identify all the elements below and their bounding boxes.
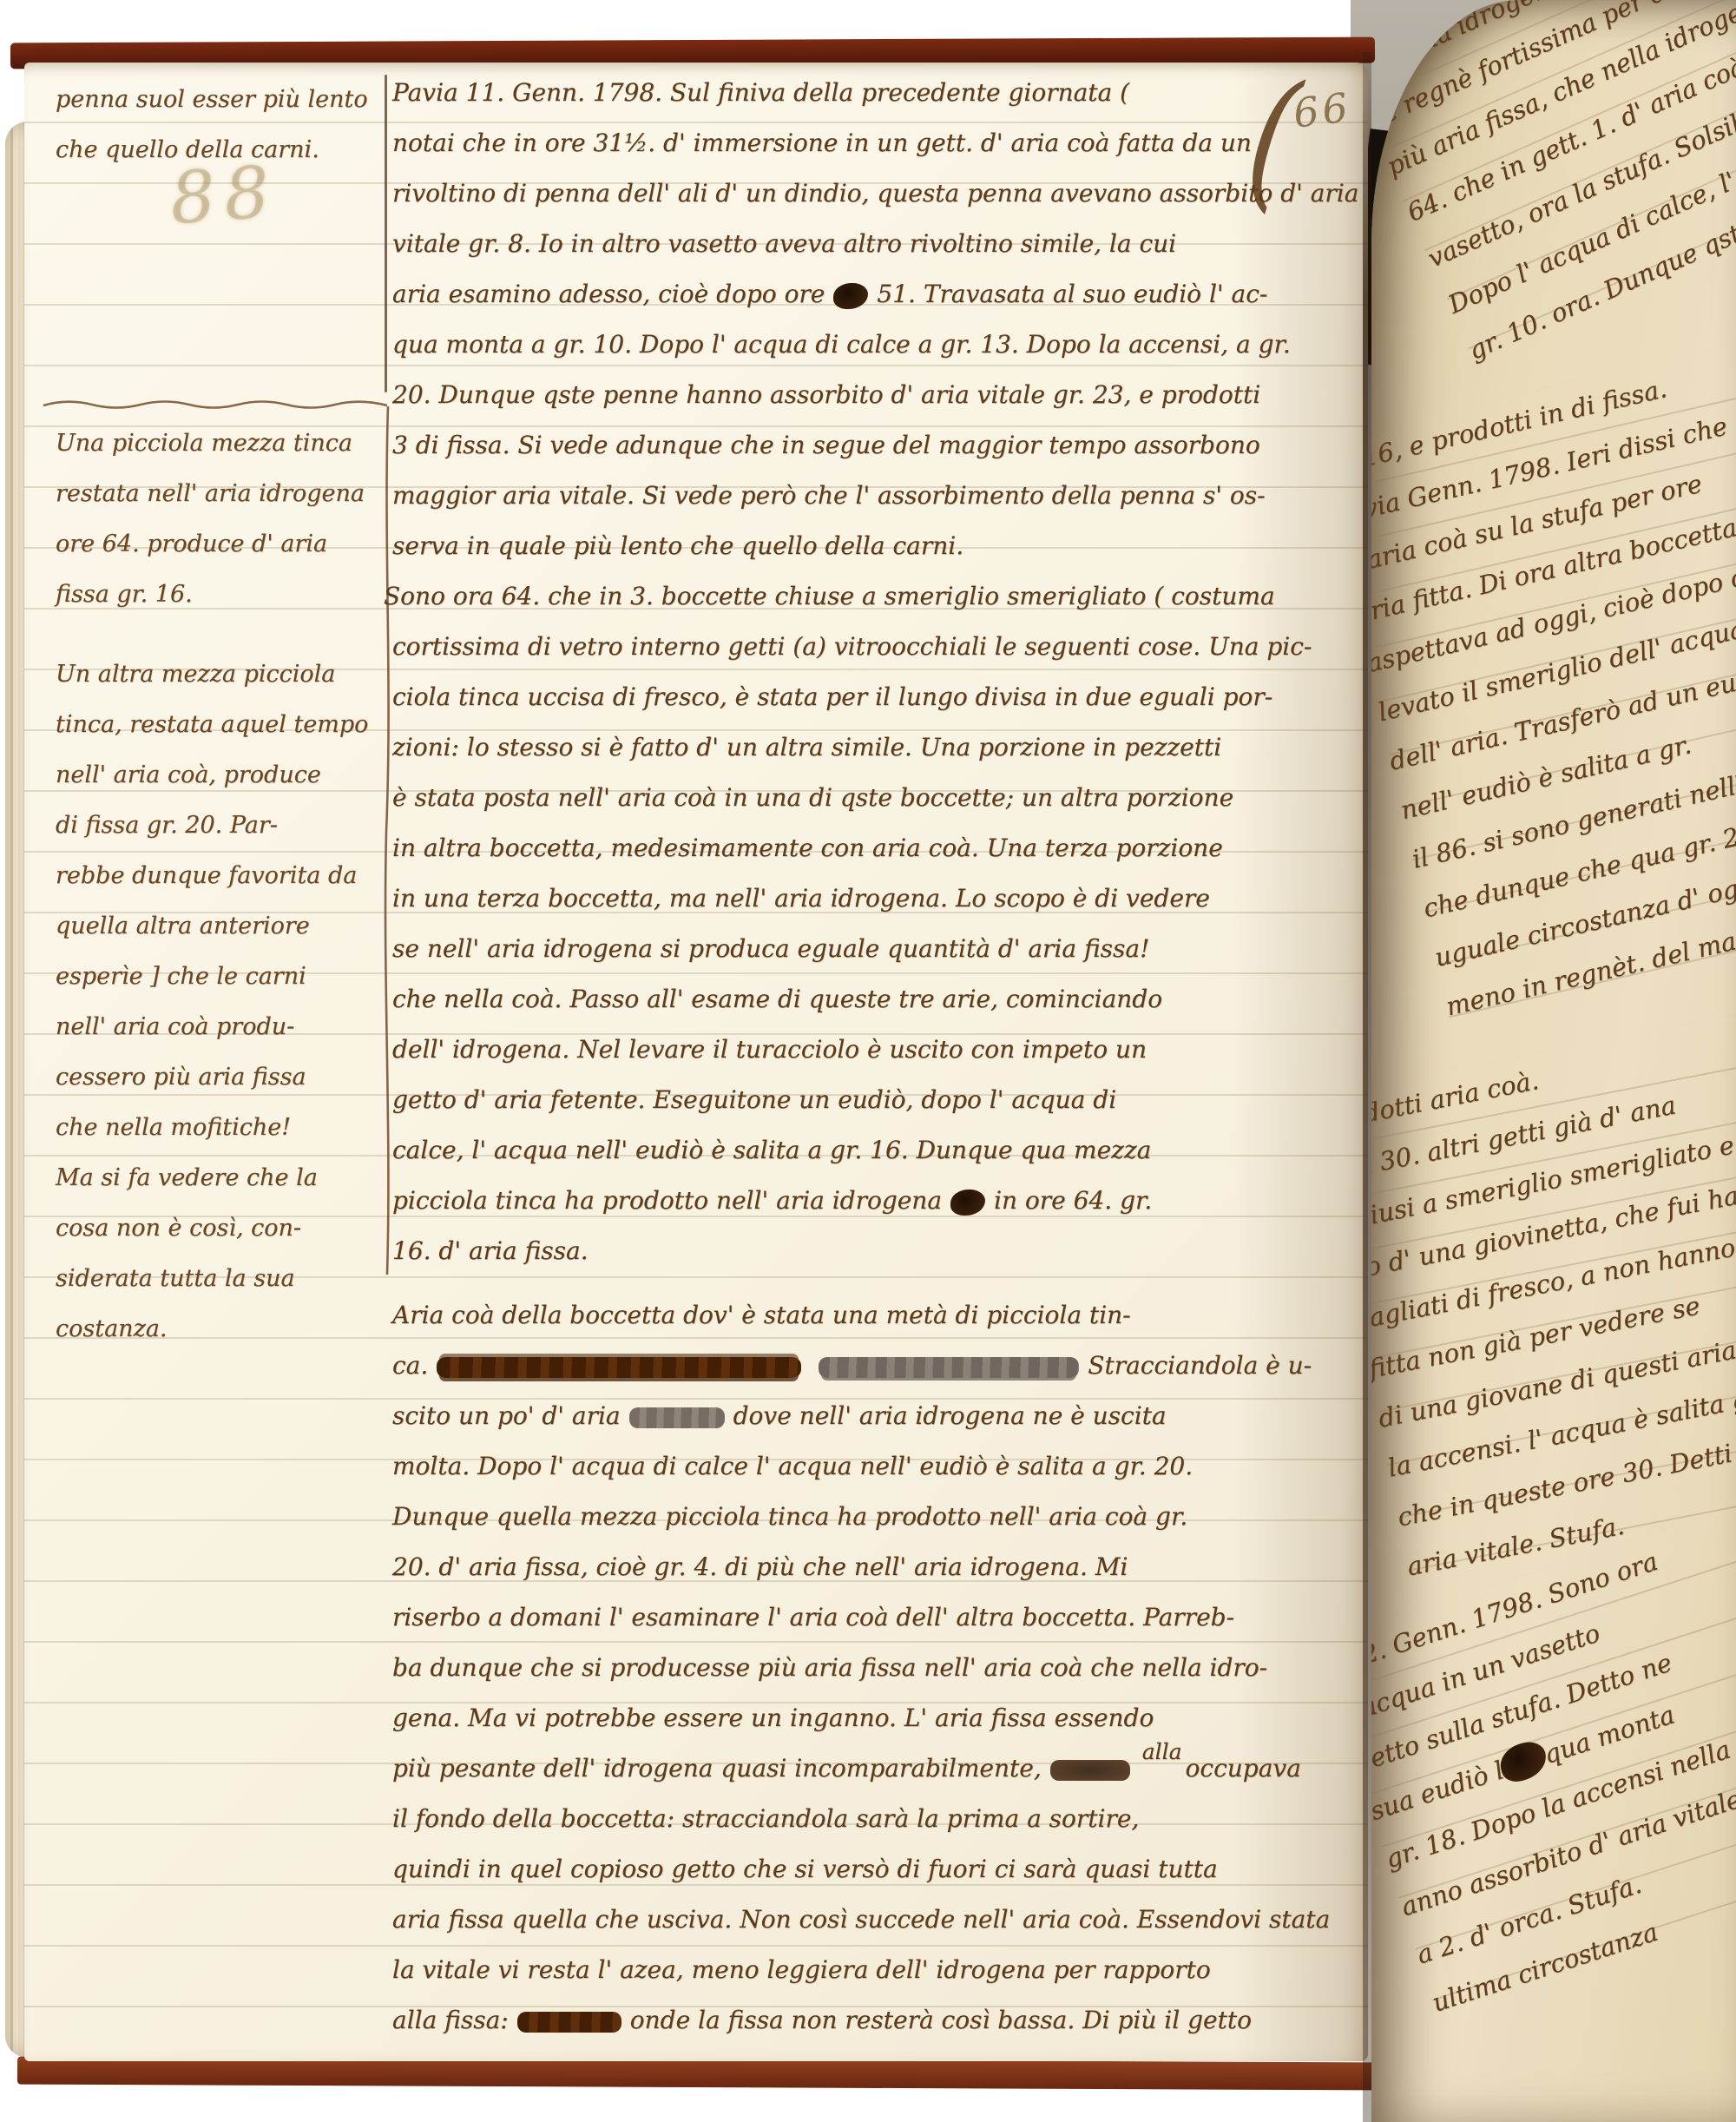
manuscript-line: zioni: lo stesso si è fatto d' un altra … <box>392 722 1356 773</box>
line-text: aria esamino adesso, cioè dopo ore <box>392 280 825 308</box>
manuscript-line: getto d' aria fetente. Eseguitone un eud… <box>392 1075 1356 1125</box>
manuscript-line: rivoltino di penna dell' ali d' un dindi… <box>392 168 1356 219</box>
book-cover-edge-bottom <box>17 2057 1375 2091</box>
main-text-block: Pavia 11. Genn. 1798. Sul finiva della p… <box>392 68 1356 2046</box>
line-text: alla fissa: <box>392 2006 509 2034</box>
manuscript-line: che nella coà. Passo all' esame di quest… <box>392 974 1356 1025</box>
manuscript-line: calce, l' acqua nell' eudiò è salita a g… <box>392 1125 1356 1176</box>
manuscript-line: molta. Dopo l' acqua di calce l' acqua n… <box>392 1441 1356 1492</box>
margin-rule-top <box>385 75 387 392</box>
margin-note-line: quella altra anteriore <box>56 901 384 952</box>
inserted-word: alla <box>1142 1739 1182 1764</box>
manuscript-line: qua monta a gr. 10. Dopo l' acqua di cal… <box>392 320 1356 370</box>
line-text: ca. <box>392 1351 428 1380</box>
manuscript-line: ba dunque che si producesse più aria fis… <box>392 1643 1356 1693</box>
line-text: 51. Travasata al suo eudiò l' ac- <box>877 280 1267 308</box>
margin-note-line: tinca, restata aquel tempo <box>56 700 384 750</box>
manuscript-line: è stata posta nell' aria coà in una di q… <box>392 773 1356 823</box>
margin-note-line: nell' aria coà produ- <box>56 1002 384 1052</box>
margin-note-line: di fissa gr. 20. Par- <box>56 801 384 851</box>
right-page-text-lower: prodotti aria coà. ora 30. altri getti g… <box>1371 966 1736 1590</box>
manuscript-line: scito un po' d' ariadove nell' aria idro… <box>392 1391 1356 1441</box>
gutter-shadow <box>1363 52 1371 2122</box>
margin-note-line: Una picciola mezza tinca <box>56 418 384 469</box>
manuscript-line: Dunque quella mezza picciola tinca ha pr… <box>392 1492 1356 1542</box>
manuscript-line: gena. Ma vi potrebbe essere un inganno. … <box>392 1693 1356 1743</box>
margin-note-paragraph: Un altra mezza picciola tinca, restata a… <box>56 649 384 1354</box>
margin-note-line: che nella mofitiche! <box>56 1103 384 1153</box>
manuscript-line: ca.Stracciandola è u- <box>392 1341 1356 1391</box>
margin-note-line: ore 64. produce d' aria <box>56 519 384 570</box>
margin-note-paragraph: Una picciola mezza tinca restata nell' a… <box>56 418 384 620</box>
manuscript-line: alla fissa:onde la fissa non resterà cos… <box>392 1995 1356 2046</box>
line-text: dove nell' aria idrogena ne è uscita <box>733 1401 1167 1430</box>
margin-note-top: penna suol esser più lento che quello de… <box>56 75 384 175</box>
manuscript-line: aria fissa quella che usciva. Non così s… <box>392 1895 1356 1945</box>
ink-crossout <box>1050 1760 1130 1781</box>
line-text: scito un po' d' aria <box>392 1401 621 1430</box>
manuscript-line: aria esamino adesso, cioè dopo ore51. Tr… <box>392 269 1356 320</box>
manuscript-line: 3 di fissa. Si vede adunque che in segue… <box>392 420 1356 471</box>
line-text: onde la fissa non resterà così bassa. Di… <box>630 2006 1252 2034</box>
ink-crossout <box>629 1407 725 1428</box>
wavy-line <box>43 398 387 412</box>
line-text: picciola tinca ha prodotto nell' aria id… <box>392 1186 942 1215</box>
margin-note-line: penna suol esser più lento <box>56 75 384 125</box>
margin-note-line: che quello della carni. <box>56 125 384 175</box>
manuscript-line: 20. d' aria fissa, cioè gr. 4. di più ch… <box>392 1542 1356 1592</box>
manuscript-line: ciola tinca uccisa di fresco, è stata pe… <box>392 672 1356 722</box>
ink-crossout <box>819 1357 1079 1378</box>
manuscript-line: Aria coà della boccetta dov' è stata una… <box>392 1290 1356 1341</box>
manuscript-line: vitale gr. 8. Io in altro vasetto aveva … <box>392 219 1356 269</box>
line-text: Stracciandola è u- <box>1088 1351 1312 1380</box>
manuscript-line: Pavia 11. Genn. 1798. Sul finiva della p… <box>392 68 1356 118</box>
right-page-text-middle: gr. 16, e prodotti in di fissa. Pavia Ge… <box>1371 289 1736 1031</box>
ink-blot <box>833 283 868 309</box>
margin-note-line: cosa non è così, con- <box>56 1203 384 1254</box>
margin-note-middle: Una picciola mezza tinca restata nell' a… <box>56 418 384 1354</box>
manuscript-line: picciola tinca ha prodotto nell' aria id… <box>392 1176 1356 1226</box>
manuscript-line: riserbo a domani l' esaminare l' aria co… <box>392 1592 1356 1643</box>
manuscript-line: 16. d' aria fissa. <box>392 1226 1356 1276</box>
manuscript-line: in una terza boccetta, ma nell' aria idr… <box>392 873 1356 924</box>
margin-note-line: esperìe ] che le carni <box>56 952 384 1002</box>
margin-note-line: siderata tutta la sua <box>56 1254 384 1304</box>
margin-note-line: Ma si fa vedere che la <box>56 1153 384 1203</box>
manuscript-photo: ani prodottori nell' ana nell' aria idro… <box>0 0 1736 2122</box>
manuscript-line: la vitale vi resta l' azea, meno leggier… <box>392 1945 1356 1995</box>
manuscript-line: Sono ora 64. che in 3. boccette chiuse a… <box>384 571 1356 622</box>
margin-note-line: fissa gr. 16. <box>56 570 384 620</box>
line-text: più pesante dell' idrogena quasi incompa… <box>392 1754 1042 1783</box>
margin-note-line: cessero più aria fissa <box>56 1052 384 1103</box>
manuscript-line: cortissima di vetro interno getti (a) vi… <box>392 622 1356 672</box>
margin-note-line: costanza. <box>56 1304 384 1354</box>
margin-divider-line <box>43 398 387 415</box>
manuscript-line: quindi in quel copioso getto che si vers… <box>392 1844 1356 1895</box>
ink-blot <box>950 1190 985 1216</box>
manuscript-line: dell' idrogena. Nel levare il turacciolo… <box>392 1025 1356 1075</box>
margin-note-line: nell' aria coà, produce <box>56 750 384 801</box>
manuscript-line: 20. Dunque qste penne hanno assorbito d'… <box>392 370 1356 420</box>
line-text: occupava <box>1186 1754 1301 1783</box>
manuscript-line: più pesante dell' idrogena quasi incompa… <box>392 1743 1356 1794</box>
ink-crossout <box>517 2012 621 2033</box>
margin-note-line: restata nell' aria idrogena <box>56 469 384 519</box>
margin-note-line: rebbe dunque favorita da <box>56 851 384 901</box>
right-page: ani prodottori nell' ana nell' aria idro… <box>1371 0 1736 2122</box>
right-page-text-top: ani prodottori nell' ana nell' aria idro… <box>1371 0 1736 373</box>
manuscript-line: serva in quale più lento che quello dell… <box>392 521 1356 571</box>
manuscript-line: se nell' aria idrogena si produca eguale… <box>392 924 1356 974</box>
manuscript-line: il fondo della boccetta: stracciandola s… <box>392 1794 1356 1844</box>
ink-crossout <box>437 1357 801 1378</box>
manuscript-line: notai che in ore 31½. d' immersione in u… <box>392 118 1356 168</box>
line-text: in ore 64. gr. <box>994 1186 1152 1215</box>
margin-note-line: Un altra mezza picciola <box>56 649 384 700</box>
manuscript-line: maggior aria vitale. Si vede però che l'… <box>392 471 1356 521</box>
manuscript-line: in altra boccetta, medesimamente con ari… <box>392 823 1356 873</box>
